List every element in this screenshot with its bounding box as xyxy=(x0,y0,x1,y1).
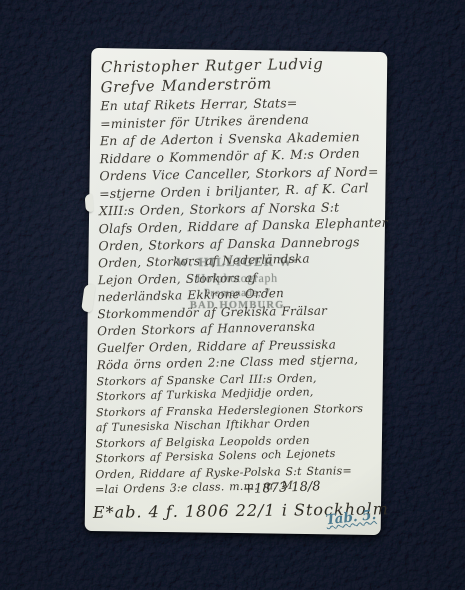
handwriting-block: Christopher Rutger Ludvig Grefve Manders… xyxy=(95,57,385,501)
paper-tear xyxy=(85,194,94,213)
death-date-note: +1873 18/8 xyxy=(243,479,321,497)
photograph-of-document: { "photo": { "background": { "leather_ba… xyxy=(0,0,465,590)
document-card: W. HILLIGER Wᵉ Hofphotograph Promenade, … xyxy=(85,48,388,535)
